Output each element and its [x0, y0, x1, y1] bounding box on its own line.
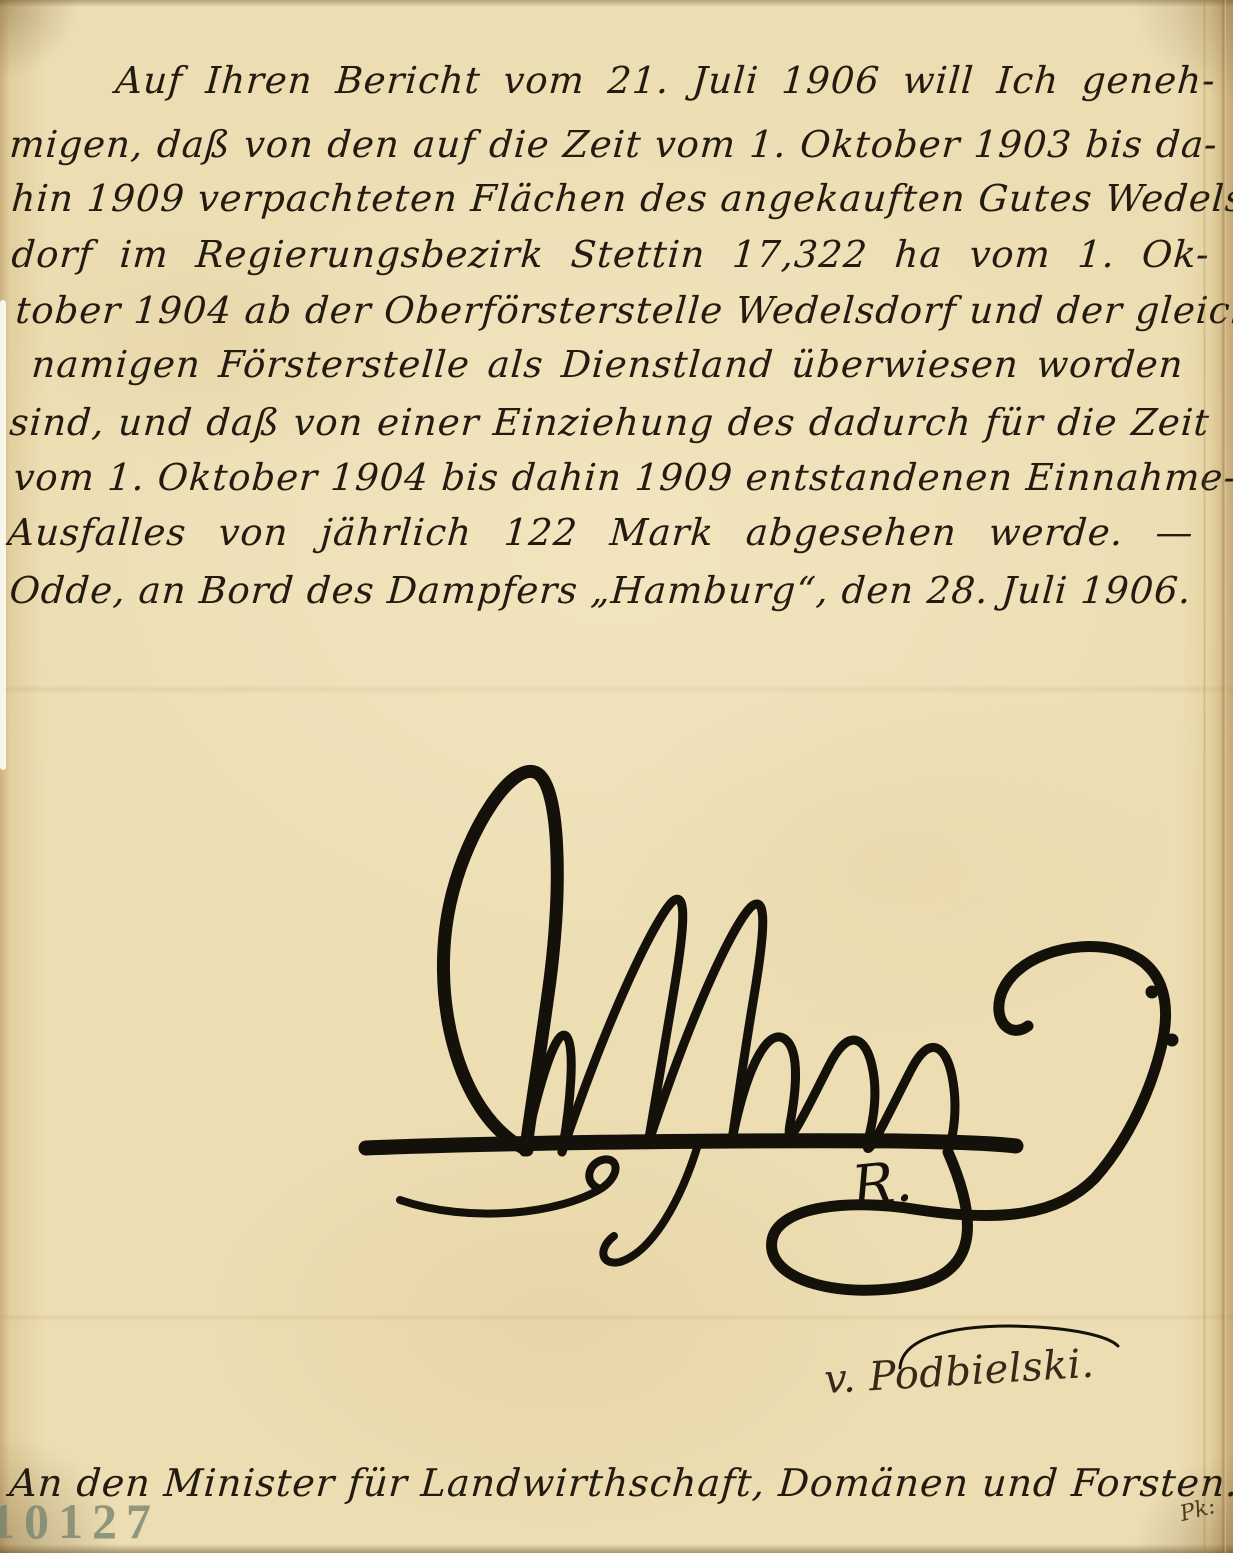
letter-line: tober 1904 ab der Oberförsterstelle Wede… — [14, 288, 1221, 334]
letter-page: Auf Ihren Bericht vom 21. Juli 1906 will… — [0, 0, 1233, 1553]
letter-line: namigen Försterstelle als Dienstland übe… — [30, 342, 1185, 388]
registry-stamp-number: 10127 — [0, 1492, 160, 1550]
letter-line: vom 1. Oktober 1904 bis dahin 1909 entst… — [12, 455, 1203, 501]
letter-line: sind, und daß von einer Einziehung des d… — [8, 400, 1211, 446]
countersignature: v. Podbielski. — [823, 1339, 1125, 1403]
paper-crease — [1203, 0, 1206, 1553]
address-line: An den Minister für Landwirthschaft, Dom… — [8, 1460, 1215, 1506]
signature-royal-initial: R. — [849, 1149, 915, 1220]
paper-crease — [1221, 0, 1226, 1553]
letter-line: hin 1909 verpachteten Flächen des angeka… — [10, 176, 1221, 222]
letter-line: Auf Ihren Bericht vom 21. Juli 1906 will… — [114, 58, 1217, 104]
paper-edge-highlight — [0, 300, 6, 770]
letter-line: Odde, an Bord des Dampfers „Hamburg“, de… — [8, 568, 1107, 614]
letter-line: migen, daß von den auf die Zeit vom 1. O… — [8, 122, 1219, 168]
letter-line: dorf im Regierungsbezirk Stettin 17,322 … — [10, 232, 1211, 278]
letter-line: Ausfalles von jährlich 122 Mark abgesehe… — [6, 510, 1195, 556]
